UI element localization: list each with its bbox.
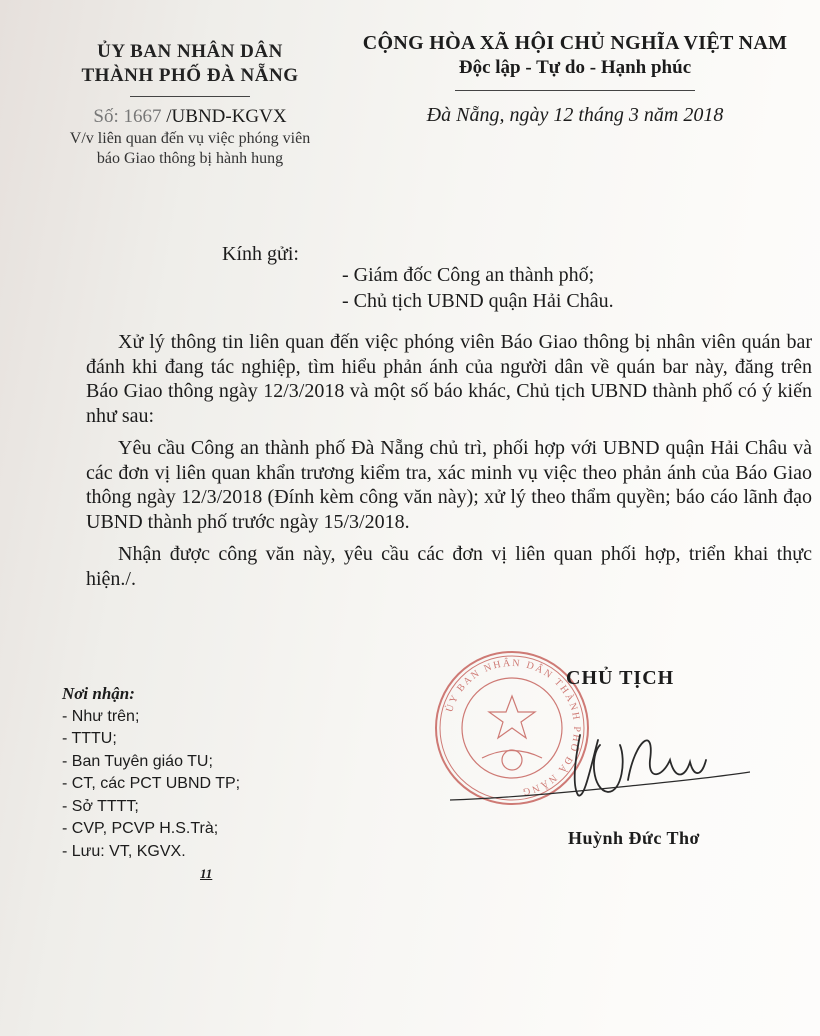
document-number: Số: 1667 /UBND-KGVX: [40, 105, 340, 129]
official-letter-page: ỦY BAN NHÂN DÂN THÀNH PHỐ ĐÀ NẴNG Số: 16…: [0, 0, 820, 1036]
subject-line1: V/v liên quan đến vụ việc phóng viên: [40, 129, 340, 149]
recipients-label: Kính gửi:: [222, 243, 299, 266]
recipient-item: - Giám đốc Công an thành phố;: [342, 264, 594, 287]
distribution-item: - Như trên;: [62, 706, 240, 729]
distribution-item: - Lưu: VT, KGVX.: [62, 841, 240, 864]
distribution-item: - Ban Tuyên giáo TU;: [62, 751, 240, 774]
document-number-value: 1667: [124, 106, 162, 127]
signer-name: Huỳnh Đức Thơ: [568, 828, 700, 849]
letter-body: Xử lý thông tin liên quan đến việc phóng…: [86, 330, 812, 599]
nation-title: CỘNG HÒA XÃ HỘI CHỦ NGHĨA VIỆT NAM: [350, 30, 800, 56]
distribution-item: - Sở TTTT;: [62, 796, 240, 819]
document-number-suffix: /UBND-KGVX: [166, 106, 286, 127]
signer-title: CHỦ TỊCH: [566, 667, 674, 690]
handwritten-signature-icon: [450, 700, 750, 810]
body-paragraph: Nhận được công văn này, yêu cầu các đơn …: [86, 542, 812, 591]
recipient-item: - Chủ tịch UBND quận Hải Châu.: [342, 290, 614, 313]
motto-divider: [455, 90, 695, 91]
issue-date: Đà Nẵng, ngày 12 tháng 3 năm 2018: [350, 103, 800, 127]
distribution-list: Nơi nhận: - Như trên; - TTTU; - Ban Tuyê…: [62, 683, 240, 886]
subject-line2: báo Giao thông bị hành hung: [40, 149, 340, 169]
document-number-prefix: Số:: [93, 106, 118, 127]
body-paragraph: Yêu cầu Công an thành phố Đà Nẵng chủ tr…: [86, 436, 812, 534]
issuer-org-line2: THÀNH PHỐ ĐÀ NẴNG: [40, 64, 340, 88]
issuer-divider: [130, 96, 250, 97]
issuer-header: ỦY BAN NHÂN DÂN THÀNH PHỐ ĐÀ NẴNG Số: 16…: [40, 40, 340, 169]
distribution-item: - TTTU;: [62, 728, 240, 751]
national-header: CỘNG HÒA XÃ HỘI CHỦ NGHĨA VIỆT NAM Độc l…: [350, 30, 800, 127]
body-paragraph: Xử lý thông tin liên quan đến việc phóng…: [86, 330, 812, 428]
distribution-title: Nơi nhận:: [62, 683, 240, 706]
national-motto: Độc lập - Tự do - Hạnh phúc: [350, 56, 800, 80]
issuer-org-line1: ỦY BAN NHÂN DÂN: [40, 40, 340, 64]
drafter-initials: 11: [200, 863, 240, 886]
distribution-item: - CT, các PCT UBND TP;: [62, 773, 240, 796]
distribution-item: - CVP, PCVP H.S.Trà;: [62, 818, 240, 841]
